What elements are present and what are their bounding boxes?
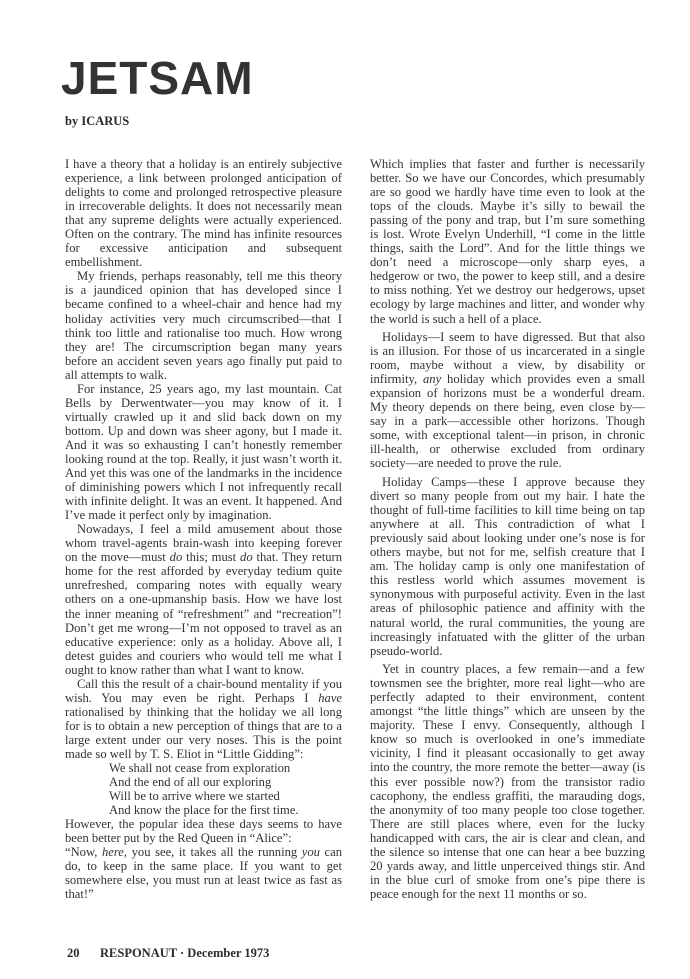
text-run: that. They return home for the rest affo… xyxy=(65,550,342,676)
paragraph: For instance, 25 years ago, my last moun… xyxy=(65,382,342,522)
verse-line: And know the place for the first time. xyxy=(109,803,342,817)
text-run: “Now, xyxy=(65,845,102,859)
paragraph: Nowadays, I feel a mild amusement about … xyxy=(65,522,342,677)
verse-quotation: We shall not cease from exploration And … xyxy=(65,761,342,817)
paragraph: Holiday Camps—these I approve because th… xyxy=(370,475,645,658)
article-title: JETSAM xyxy=(61,52,254,104)
block-quote: “Now, here, you see, it takes all the ru… xyxy=(65,845,342,901)
paragraph: Which implies that faster and further is… xyxy=(370,157,645,326)
page-footer: 20RESPONAUT · December 1973 xyxy=(67,946,269,961)
emphasis: you xyxy=(302,845,320,859)
article-byline: by ICARUS xyxy=(65,114,129,129)
left-column: I have a theory that a holiday is an ent… xyxy=(65,157,342,901)
paragraph: Call this the result of a chair-bound me… xyxy=(65,677,342,761)
paragraph: I have a theory that a holiday is an ent… xyxy=(65,157,342,269)
emphasis: have xyxy=(318,691,342,705)
paragraph: Holidays—I seem to have digressed. But t… xyxy=(370,330,645,470)
verse-line: We shall not cease from exploration xyxy=(109,761,342,775)
text-run: you see, it takes all the running xyxy=(127,845,302,859)
publication-name: RESPONAUT · December 1973 xyxy=(100,946,269,960)
emphasis: here, xyxy=(102,845,127,859)
emphasis: do xyxy=(240,550,253,564)
text-run: this; must xyxy=(182,550,240,564)
text-run: rationalised by thinking that the holida… xyxy=(65,705,342,761)
emphasis: any xyxy=(423,372,441,386)
paragraph: Yet in country places, a few remain—and … xyxy=(370,662,645,901)
text-run: Call this the result of a chair-bound me… xyxy=(65,677,342,705)
paragraph: My friends, perhaps reasonably, tell me … xyxy=(65,269,342,381)
emphasis: do xyxy=(170,550,183,564)
paragraph: However, the popular idea these days see… xyxy=(65,817,342,845)
right-column: Which implies that faster and further is… xyxy=(370,157,645,901)
verse-line: Will be to arrive where we started xyxy=(109,789,342,803)
text-run: holiday which provides even a small expa… xyxy=(370,372,645,470)
verse-line: And the end of all our exploring xyxy=(109,775,342,789)
page-number: 20 xyxy=(67,946,100,961)
